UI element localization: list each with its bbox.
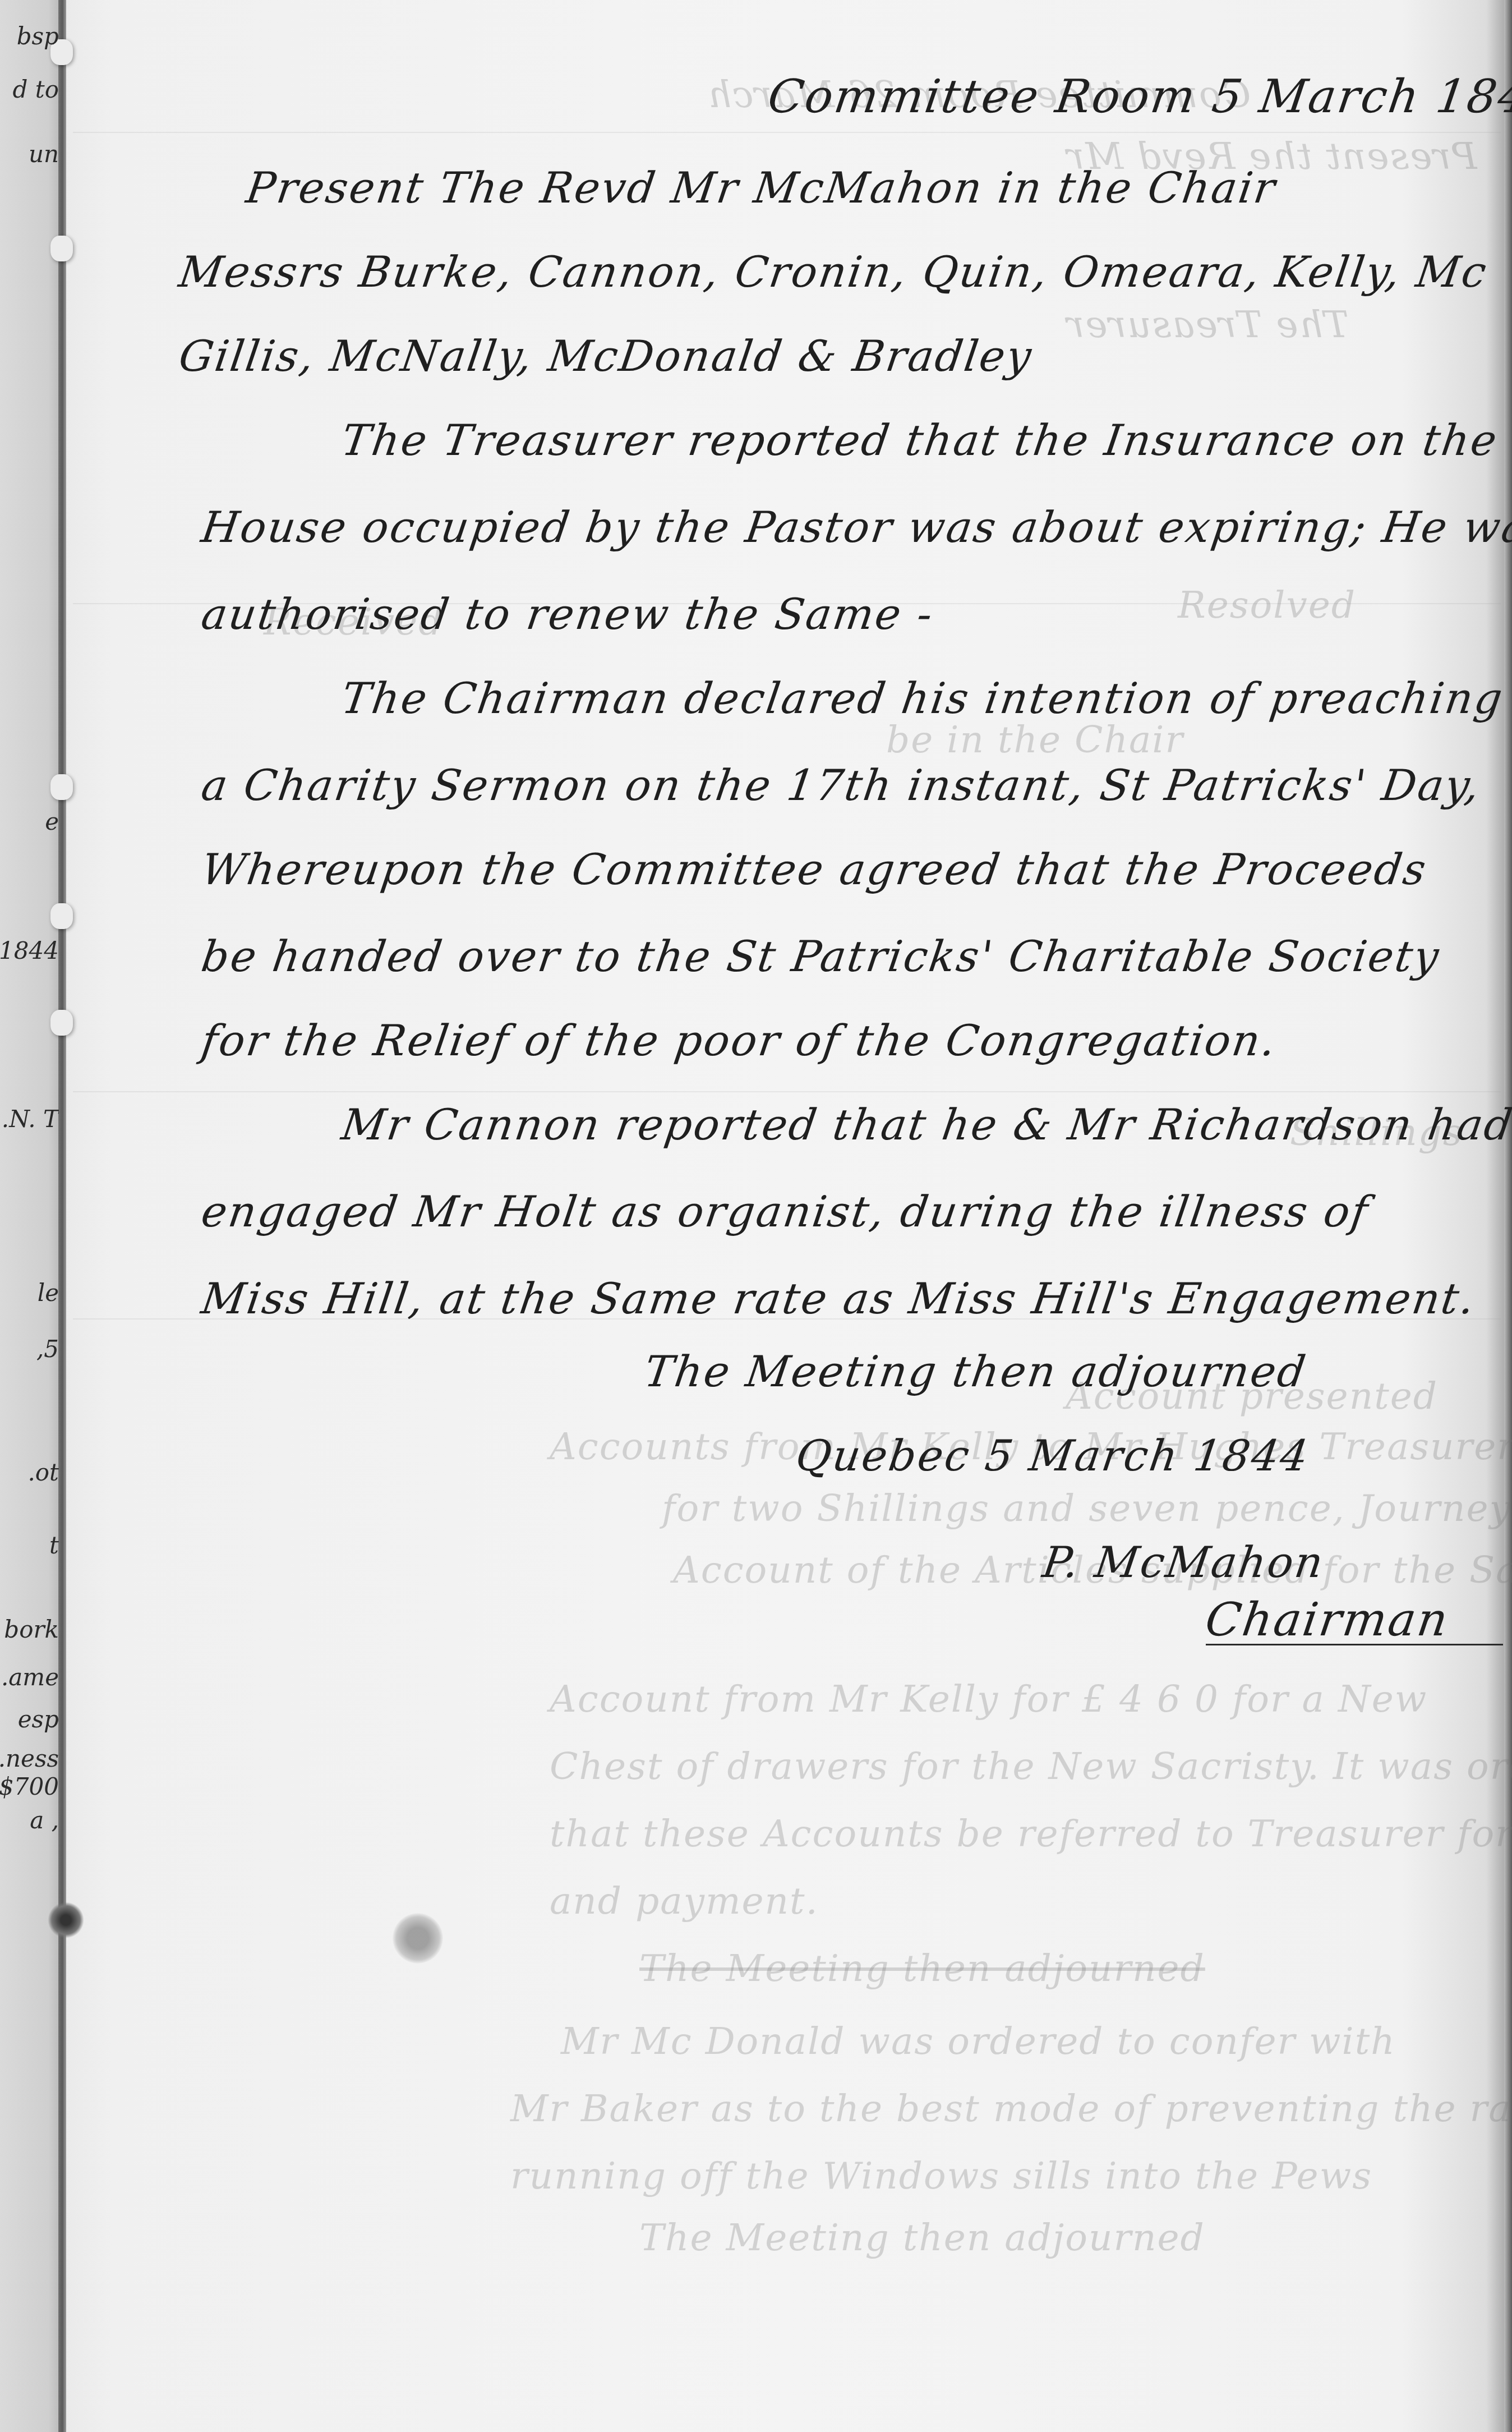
margin-fragment: un: [0, 140, 59, 168]
present-line: Present The Revd Mr McMahon in the Chair: [243, 163, 1280, 213]
bleed-through-text: The Treasurer: [1066, 303, 1349, 346]
page-tear: [50, 236, 73, 261]
manuscript-page-scan: bsp d to un e 1844 N. T. le 5, ot. t bor…: [0, 0, 1512, 2432]
signature: P. McMahon: [1040, 1537, 1328, 1587]
bleed-through-text: for two Shillings and seven pence, Journ…: [662, 1487, 1512, 1530]
minutes-line: House occupied by the Pastor was about e…: [199, 502, 1512, 552]
margin-fragment: t: [0, 1532, 59, 1559]
margin-fragment: ness.: [0, 1745, 59, 1772]
minutes-line: The Treasurer reported that the Insuranc…: [339, 415, 1501, 465]
minutes-line: engaged Mr Holt as organist, during the …: [199, 1187, 1372, 1236]
margin-fragment: N. T.: [0, 1105, 59, 1133]
bleed-through-text: Resolved: [1178, 583, 1356, 627]
bleed-through-text: running off the Windows sills into the P…: [510, 2154, 1372, 2197]
page-tear: [50, 1010, 73, 1036]
bleed-through-text: The Meeting then adjourned: [639, 1947, 1205, 1990]
closing-line: The Meeting then adjourned: [642, 1346, 1310, 1396]
minutes-heading: Committee Room 5 March 1844: [764, 70, 1512, 123]
ruled-line: [73, 1091, 1501, 1092]
members-line: Gillis, McNally, McDonald & Bradley: [176, 331, 1036, 381]
bleed-through-text: be in the Chair: [886, 718, 1184, 761]
page-tear: [50, 903, 73, 929]
margin-fragment: , a: [0, 1806, 59, 1834]
previous-page-edge: [0, 0, 61, 2432]
margin-fragment: d to: [0, 76, 59, 103]
margin-fragment: bork: [0, 1616, 59, 1643]
ruled-line: [73, 132, 1501, 133]
margin-fragment: 1844: [0, 937, 59, 964]
bleed-through-text: Mr Baker as to the best mode of preventi…: [510, 2087, 1512, 2130]
minutes-line: Whereupon the Committee agreed that the …: [199, 844, 1431, 894]
margin-fragment: le: [0, 1279, 59, 1307]
margin-fragment: esp: [0, 1705, 59, 1733]
bleed-through-text: The Meeting then adjourned: [639, 2216, 1205, 2259]
members-line: Messrs Burke, Cannon, Cronin, Quin, Omea…: [176, 247, 1491, 297]
minutes-line: a Charity Sermon on the 17th instant, St…: [199, 760, 1485, 810]
margin-fragment: 5,: [0, 1335, 59, 1363]
date-line: Quebec 5 March 1844: [793, 1431, 1313, 1481]
ink-blot: [48, 1902, 84, 1938]
minutes-line: be handed over to the St Patricks' Chari…: [199, 931, 1444, 981]
bleed-through-text: that these Accounts be referred to Treas…: [550, 1812, 1512, 1855]
bleed-through-text: and payment.: [550, 1879, 819, 1923]
minutes-line: authorised to renew the Same -: [199, 589, 937, 639]
bleed-through-text: Account from Mr Kelly for £ 4 6 0 for a …: [550, 1677, 1427, 1721]
bleed-through-text: Chest of drawers for the New Sacristy. I…: [550, 1745, 1512, 1788]
margin-fragment: ot.: [0, 1459, 59, 1486]
margin-fragment: e: [0, 808, 59, 835]
signature-underline: [1206, 1644, 1503, 1645]
margin-fragment: $700: [0, 1773, 59, 1800]
margin-fragment: bsp: [0, 22, 59, 50]
page-tear: [50, 774, 73, 800]
paper-stain: [393, 1913, 443, 1964]
minutes-line: The Chairman declared his intention of p…: [339, 673, 1507, 723]
minutes-line: for the Relief of the poor of the Congre…: [199, 1015, 1280, 1065]
signature-title: Chairman: [1202, 1593, 1453, 1647]
bleed-through-text: Mr Mc Donald was ordered to confer with: [561, 2020, 1396, 2063]
page-right-edge: [1504, 0, 1512, 2432]
minutes-line: Mr Cannon reported that he & Mr Richards…: [339, 1100, 1512, 1150]
margin-fragment: ame.: [0, 1663, 59, 1691]
book-binding-gutter: [58, 0, 66, 2432]
minutes-line: Miss Hill, at the Same rate as Miss Hill…: [199, 1274, 1479, 1323]
